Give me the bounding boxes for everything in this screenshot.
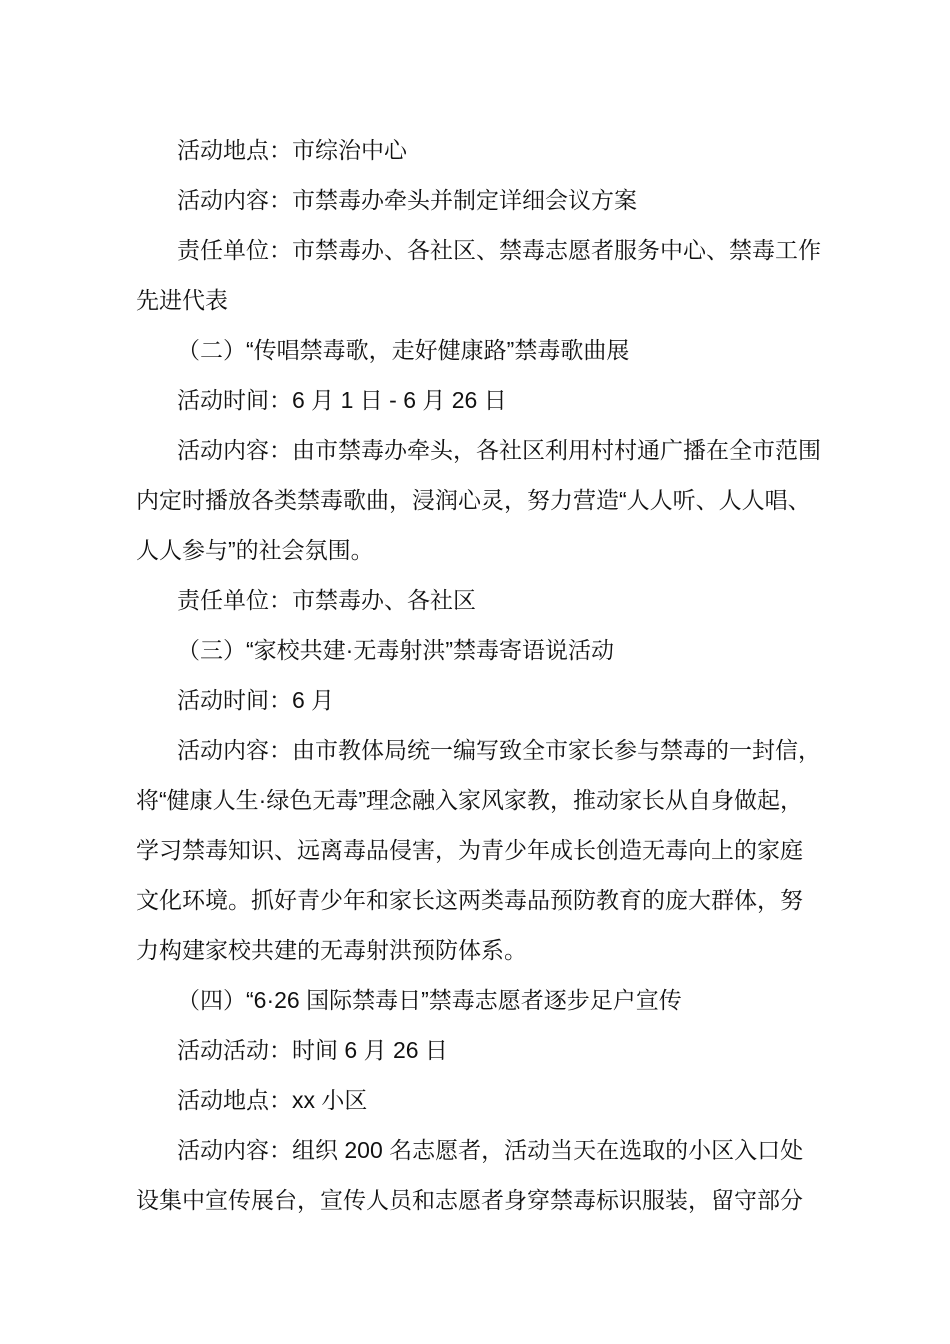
paragraph-line: （三）“家校共建·无毒射洪”禁毒寄语说活动 [136,625,822,675]
paragraph-line: 将“健康人生·绿色无毒”理念融入家风家教，推动家长从自身做起， [136,775,822,825]
paragraph-line: 活动时间：6 月 [136,675,822,725]
paragraph-line: 活动活动：时间 6 月 26 日 [136,1025,822,1075]
paragraph-line: 活动内容：组织 200 名志愿者，活动当天在选取的小区入口处 [136,1125,822,1175]
paragraph-line: 活动时间：6 月 1 日 - 6 月 26 日 [136,375,822,425]
paragraph-line: 内定时播放各类禁毒歌曲，浸润心灵，努力营造“人人听、人人唱、 [136,475,822,525]
paragraph: 活动时间：6 月 [136,675,822,725]
paragraph-line: 文化环境。抓好青少年和家长这两类毒品预防教育的庞大群体，努 [136,875,822,925]
paragraph-line: 活动内容：由市教体局统一编写致全市家长参与禁毒的一封信， [136,725,822,775]
paragraph-line: 责任单位：市禁毒办、各社区、禁毒志愿者服务中心、禁毒工作 [136,225,822,275]
paragraph: 活动地点：xx 小区 [136,1075,822,1125]
paragraph: 活动内容：市禁毒办牵头并制定详细会议方案 [136,175,822,225]
paragraph: （二）“传唱禁毒歌，走好健康路”禁毒歌曲展 [136,325,822,375]
paragraph: 活动内容：组织 200 名志愿者，活动当天在选取的小区入口处设集中宣传展台，宣传… [136,1125,822,1225]
paragraph: （四）“6·26 国际禁毒日”禁毒志愿者逐步足户宣传 [136,975,822,1025]
paragraph: 活动活动：时间 6 月 26 日 [136,1025,822,1075]
paragraph: 活动地点：市综治中心 [136,125,822,175]
paragraph-line: 活动内容：由市禁毒办牵头，各社区利用村村通广播在全市范围 [136,425,822,475]
paragraph: 活动内容：由市禁毒办牵头，各社区利用村村通广播在全市范围内定时播放各类禁毒歌曲，… [136,425,822,575]
paragraph: 活动时间：6 月 1 日 - 6 月 26 日 [136,375,822,425]
paragraph-line: （二）“传唱禁毒歌，走好健康路”禁毒歌曲展 [136,325,822,375]
paragraph-line: 先进代表 [136,275,822,325]
paragraph-line: 活动地点：市综治中心 [136,125,822,175]
paragraph-line: 活动内容：市禁毒办牵头并制定详细会议方案 [136,175,822,225]
document-page: 活动地点：市综治中心活动内容：市禁毒办牵头并制定详细会议方案责任单位：市禁毒办、… [0,0,950,1344]
paragraph-line: 活动地点：xx 小区 [136,1075,822,1125]
paragraph: 责任单位：市禁毒办、各社区 [136,575,822,625]
paragraph: 责任单位：市禁毒办、各社区、禁毒志愿者服务中心、禁毒工作先进代表 [136,225,822,325]
paragraph-line: 责任单位：市禁毒办、各社区 [136,575,822,625]
paragraph-line: 力构建家校共建的无毒射洪预防体系。 [136,925,822,975]
paragraph: （三）“家校共建·无毒射洪”禁毒寄语说活动 [136,625,822,675]
paragraph-line: （四）“6·26 国际禁毒日”禁毒志愿者逐步足户宣传 [136,975,822,1025]
paragraph-line: 学习禁毒知识、远离毒品侵害，为青少年成长创造无毒向上的家庭 [136,825,822,875]
paragraph-line: 人人参与”的社会氛围。 [136,525,822,575]
paragraph: 活动内容：由市教体局统一编写致全市家长参与禁毒的一封信，将“健康人生·绿色无毒”… [136,725,822,975]
paragraph-line: 设集中宣传展台，宣传人员和志愿者身穿禁毒标识服装，留守部分 [136,1175,822,1225]
